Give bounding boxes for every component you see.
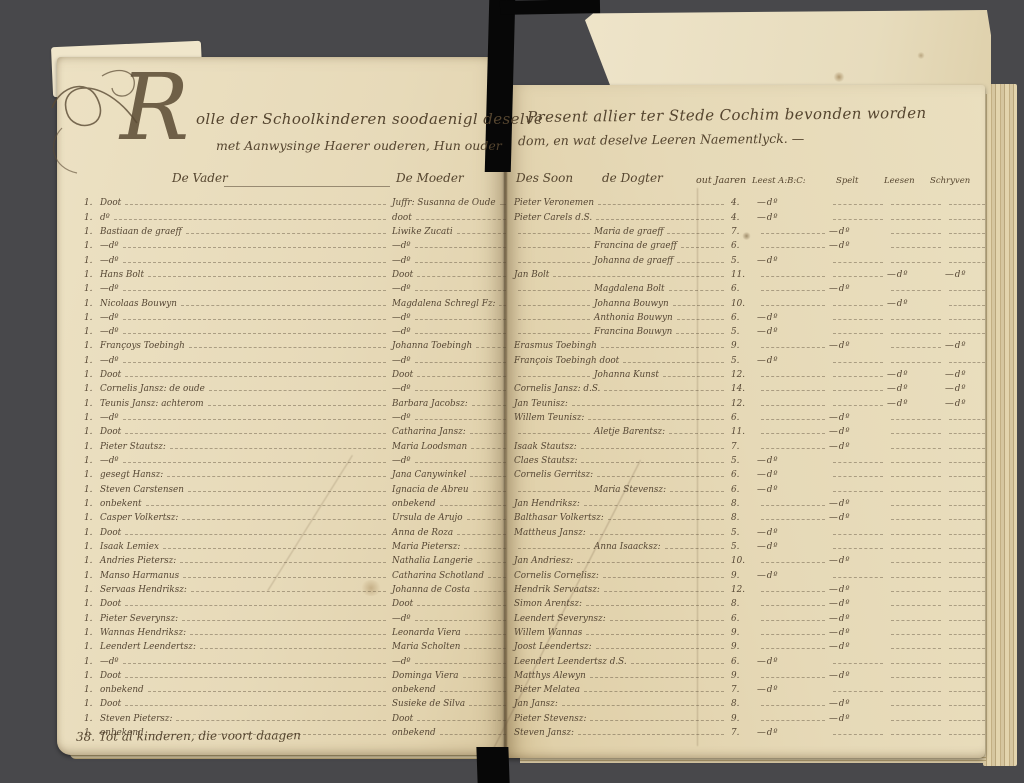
father-name: —dº [100, 456, 119, 466]
skill-cell [945, 204, 989, 208]
dotted-leader [949, 677, 985, 678]
ledger-row: 1.—dº—dºFrancina de graeff6.—dº [0, 238, 1024, 252]
skill-cell [829, 534, 887, 538]
father-section: 1.—dº [84, 256, 390, 266]
dotted-leader [518, 548, 590, 549]
row-count: 1. [84, 657, 100, 667]
skill-cell [945, 705, 989, 709]
skill-cell [757, 705, 829, 709]
child-section: Pieter Carels d.S. [514, 213, 728, 223]
dotted-leader [148, 691, 386, 692]
dotted-leader [181, 305, 386, 306]
skill-mark: —dº [829, 513, 851, 523]
row-count: 1. [84, 542, 100, 552]
mother-section: —dº [392, 313, 510, 323]
skill-cell: —dº [829, 427, 887, 437]
skill-mark: —dº [757, 313, 779, 323]
skill-cell: —dº [829, 628, 887, 638]
dotted-leader [588, 419, 724, 420]
child-name: Pieter Stevensz: [514, 714, 586, 724]
skill-cell [829, 663, 887, 667]
skill-mark: —dº [757, 470, 779, 480]
dotted-leader [833, 734, 883, 735]
mother-section: Jana Canywinkel [392, 470, 510, 480]
skill-mark: —dº [829, 671, 851, 681]
dotted-leader [761, 591, 825, 592]
mother-name: Leonarda Viera [392, 628, 461, 638]
skill-cell [945, 720, 989, 724]
mother-name: Catharina Jansz: [392, 427, 466, 437]
page-gap-bottom [476, 747, 509, 783]
back-sheet-flap [585, 10, 991, 94]
skill-cell: —dº [829, 499, 887, 509]
skill-cell [757, 605, 829, 609]
row-count: 1. [84, 356, 100, 366]
skill-cell: —dº [757, 198, 829, 208]
father-name: —dº [100, 313, 119, 323]
skill-mark: —dº [829, 628, 851, 638]
skill-mark: —dº [829, 442, 851, 452]
dotted-leader [415, 362, 506, 363]
child-name: Aletje Barentsz: [594, 427, 665, 437]
father-name: —dº [100, 657, 119, 667]
dotted-leader [586, 634, 724, 635]
child-section: Mattheus Jansz: [514, 528, 728, 538]
dotted-leader [891, 620, 941, 621]
row-count: 1. [84, 599, 100, 609]
dotted-leader [833, 390, 883, 391]
dotted-leader [891, 505, 941, 506]
mother-name: Doot [392, 599, 413, 609]
dotted-leader [415, 319, 506, 320]
dotted-leader [891, 491, 941, 492]
age-value: 10. [731, 556, 755, 566]
dotted-leader [590, 720, 724, 721]
child-section: Jan Bolt [514, 270, 728, 280]
age-value: 6. [731, 313, 755, 323]
dotted-leader [949, 433, 985, 434]
row-count: 1. [84, 485, 100, 495]
dotted-leader [597, 476, 724, 477]
dotted-leader [761, 433, 825, 434]
skill-cell: —dº [829, 585, 887, 595]
dotted-leader [186, 233, 386, 234]
dotted-leader [146, 505, 386, 506]
dotted-leader [518, 290, 590, 291]
skill-mark: —dº [887, 399, 909, 409]
child-name: Francina Bouwyn [594, 327, 672, 337]
dotted-leader [469, 705, 506, 706]
mother-section: Barbara Jacobsz: [392, 399, 510, 409]
dotted-leader [598, 204, 724, 205]
ledger-row: 1.—dº—dºJohanna de graeff5.—dº [0, 252, 1024, 266]
child-section: Maria de graeff [514, 227, 728, 237]
ledger-row: 1.DootSusieke de SilvaJan Jansz:8.—dº [0, 696, 1024, 710]
row-count: 1. [84, 413, 100, 423]
dotted-leader [891, 419, 941, 420]
father-section: 1.Wannas Hendriksz: [84, 628, 390, 638]
father-name: Steven Pietersz: [100, 714, 172, 724]
child-section: Johanna Bouwyn [514, 299, 728, 309]
dotted-leader [891, 462, 941, 463]
child-name: Maria Stevensz: [594, 485, 666, 495]
dotted-leader [663, 376, 724, 377]
child-name: Matthys Alewyn [514, 671, 586, 681]
dotted-leader [891, 534, 941, 535]
mother-section: Juffr: Susanna de Oude [392, 198, 510, 208]
skill-mark: —dº [829, 499, 851, 509]
dotted-leader [761, 705, 825, 706]
mother-section: Catharina Jansz: [392, 427, 510, 437]
skill-cell [757, 677, 829, 681]
skill-cell [757, 620, 829, 624]
skill-cell [887, 462, 945, 466]
child-section: Johanna de graeff [514, 256, 728, 266]
mother-section: Susieke de Silva [392, 699, 510, 709]
skill-mark: —dº [757, 198, 779, 208]
dotted-leader [949, 720, 985, 721]
dotted-leader [200, 648, 386, 649]
ledger-row: 1.DootCatharina Jansz:Aletje Barentsz:11… [0, 424, 1024, 438]
mother-name: Nathalia Langerie [392, 556, 473, 566]
dotted-leader [761, 233, 825, 234]
skill-cell [757, 634, 829, 638]
dotted-leader [949, 219, 985, 220]
dotted-leader [833, 262, 883, 263]
dotted-leader [415, 262, 506, 263]
row-count: 1. [84, 227, 100, 237]
skill-cell [887, 734, 945, 738]
dotted-leader [415, 462, 506, 463]
age-value: 6. [731, 470, 755, 480]
ledger-row: 1.DootDootJohanna Kunst12.—dº—dº [0, 367, 1024, 381]
mother-section: Doot [392, 714, 510, 724]
dotted-leader [891, 347, 941, 348]
skill-mark: —dº [829, 642, 851, 652]
row-count: 1. [84, 628, 100, 638]
dotted-leader [891, 634, 941, 635]
ledger-row: 1.Manso HarmanusCatharina SchotlandCorne… [0, 567, 1024, 581]
dotted-leader [891, 233, 941, 234]
dotted-leader [125, 605, 386, 606]
skill-mark: —dº [829, 714, 851, 724]
skill-cell [757, 591, 829, 595]
mother-name: Barbara Jacobsz: [392, 399, 468, 409]
child-name: Steven Jansz: [514, 728, 574, 738]
father-name: Hans Bolt [100, 270, 144, 280]
dotted-leader [833, 663, 883, 664]
father-section: 1.gesegt Hansz: [84, 470, 390, 480]
dotted-leader [499, 305, 506, 306]
ink-stain [917, 52, 925, 59]
skill-cell [945, 648, 989, 652]
column-header-skill-spell: Spelt [836, 176, 858, 186]
child-section: Matthys Alewyn [514, 671, 728, 681]
skill-cell [829, 362, 887, 366]
dotted-leader [123, 333, 386, 334]
skill-mark: —dº [829, 599, 851, 609]
child-section: Jan Jansz: [514, 699, 728, 709]
ledger-row: 1.onbekendonbekendPieter Melatea7.—dº [0, 682, 1024, 696]
skill-cell [945, 219, 989, 223]
ledger-row: 1.—dº—dºFrancina Bouwyn5.—dº [0, 324, 1024, 338]
skill-cell: —dº [829, 671, 887, 681]
row-count: 1. [84, 313, 100, 323]
dotted-leader [472, 405, 506, 406]
mother-name: doot [392, 213, 412, 223]
dotted-leader [949, 577, 985, 578]
child-section: Jan Andriesz: [514, 556, 728, 566]
skill-cell [829, 390, 887, 394]
skill-cell: —dº [757, 542, 829, 552]
child-section: Francina Bouwyn [514, 327, 728, 337]
dotted-leader [891, 720, 941, 721]
child-name: Willem Wannas [514, 628, 582, 638]
skill-cell [945, 305, 989, 309]
dotted-leader [463, 677, 506, 678]
ledger-row: 1.Françoys ToebinghJohanna ToebinghErasm… [0, 338, 1024, 352]
skill-cell: —dº [757, 327, 829, 337]
skill-mark: —dº [757, 256, 779, 266]
father-name: Doot [100, 599, 121, 609]
column-header-father: De Vader [172, 171, 228, 185]
dotted-leader [417, 605, 506, 606]
child-section: Maria Stevensz: [514, 485, 728, 495]
dotted-leader [891, 290, 941, 291]
skill-mark: —dº [757, 542, 779, 552]
skill-mark: —dº [757, 456, 779, 466]
skill-cell [757, 405, 829, 409]
dotted-leader [474, 591, 506, 592]
skill-mark: —dº [945, 384, 967, 394]
dotted-leader [949, 290, 985, 291]
skill-mark: —dº [945, 270, 967, 280]
child-section: Magdalena Bolt [514, 284, 728, 294]
dotted-leader [949, 591, 985, 592]
dotted-leader [891, 663, 941, 664]
skill-cell [829, 333, 887, 337]
ledger-row: 1.Cornelis Jansz: de oude—dºCornelis Jan… [0, 381, 1024, 395]
skill-cell [887, 591, 945, 595]
skill-cell [887, 548, 945, 552]
child-section: Cornelis Cornelisz: [514, 571, 728, 581]
dotted-leader [891, 448, 941, 449]
father-name: Bastiaan de graeff [100, 227, 182, 237]
skill-cell [887, 577, 945, 581]
dotted-leader [677, 319, 724, 320]
skill-cell: —dº [887, 384, 945, 394]
dotted-leader [891, 548, 941, 549]
skill-cell [945, 577, 989, 581]
father-section: 1.Doot [84, 528, 390, 538]
dotted-leader [125, 677, 386, 678]
ledger-row: 1.Hans BoltDootJan Bolt11.—dº—dº [0, 267, 1024, 281]
row-count: 1. [84, 213, 100, 223]
row-count: 1. [84, 427, 100, 437]
father-name: Pieter Stautsz: [100, 442, 166, 452]
father-section: 1.Pieter Stautsz: [84, 442, 390, 452]
row-count: 1. [84, 714, 100, 724]
father-name: dº [100, 213, 110, 223]
dotted-leader [891, 204, 941, 205]
ledger-row: 1.gesegt Hansz:Jana CanywinkelCornelis G… [0, 467, 1024, 481]
age-value: 9. [731, 341, 755, 351]
skill-cell: —dº [945, 341, 989, 351]
dotted-leader [167, 476, 386, 477]
skill-cell [887, 634, 945, 638]
mother-name: Ursula de Arujo [392, 513, 463, 523]
dotted-leader [891, 705, 941, 706]
mother-name: —dº [392, 284, 411, 294]
skill-cell [887, 290, 945, 294]
dotted-leader [949, 319, 985, 320]
father-section: 1.—dº [84, 327, 390, 337]
dotted-leader [891, 219, 941, 220]
dotted-leader [949, 247, 985, 248]
age-value: 8. [731, 513, 755, 523]
row-count: 1. [84, 571, 100, 581]
father-name: Wannas Hendriksz: [100, 628, 186, 638]
skill-cell [887, 448, 945, 452]
dotted-leader [188, 491, 386, 492]
dotted-leader [761, 720, 825, 721]
dotted-leader [891, 333, 941, 334]
dotted-leader [891, 562, 941, 563]
dotted-leader [415, 290, 506, 291]
child-name: Mattheus Jansz: [514, 528, 586, 538]
dotted-leader [833, 491, 883, 492]
ledger-row: 1.Pieter Severynsz:—dºLeendert Severynsz… [0, 610, 1024, 624]
child-name: Leendert Severynsz: [514, 614, 606, 624]
skill-cell [945, 605, 989, 609]
ledger-row: 1.Servaas Hendriksz:Johanna de CostaHend… [0, 582, 1024, 596]
child-name: Magdalena Bolt [594, 284, 665, 294]
row-count: 1. [84, 284, 100, 294]
dotted-leader [949, 233, 985, 234]
child-name: Hendrik Servaatsz: [514, 585, 600, 595]
skill-cell [945, 233, 989, 237]
mother-section: Johanna Toebingh [392, 341, 510, 351]
skill-cell [887, 677, 945, 681]
ledger-row: 1.Teunis Jansz: achteromBarbara Jacobsz:… [0, 395, 1024, 409]
dotted-leader [415, 663, 506, 664]
skill-mark: —dº [757, 685, 779, 695]
father-name: onbekend [100, 685, 144, 695]
mother-name: —dº [392, 327, 411, 337]
father-name: —dº [100, 284, 119, 294]
father-section: 1.Casper Volkertsz: [84, 513, 390, 523]
skill-cell [829, 262, 887, 266]
skill-cell [757, 247, 829, 251]
child-section: Aletje Barentsz: [514, 427, 728, 437]
mother-section: Ignacia de Abreu [392, 485, 510, 495]
father-name: Nicolaas Bouwyn [100, 299, 177, 309]
father-name: —dº [100, 327, 119, 337]
dotted-leader [833, 476, 883, 477]
dotted-leader [125, 376, 386, 377]
child-section: Balthasar Volkertsz: [514, 513, 728, 523]
skill-cell [757, 519, 829, 523]
skill-cell: —dº [829, 699, 887, 709]
dotted-leader [761, 648, 825, 649]
dotted-leader [891, 691, 941, 692]
skill-cell [887, 519, 945, 523]
dotted-leader [761, 290, 825, 291]
skill-cell [887, 419, 945, 423]
father-name: Isaak Lemiex [100, 542, 159, 552]
dotted-leader [182, 620, 386, 621]
skill-cell [945, 591, 989, 595]
father-section: 1.Doot [84, 427, 390, 437]
mother-section: —dº [392, 614, 510, 624]
dotted-leader [949, 691, 985, 692]
skill-cell [945, 290, 989, 294]
ledger-row: 1.—dº—dºAnthonia Bouwyn6.—dº [0, 310, 1024, 324]
mother-name: Ignacia de Abreu [392, 485, 469, 495]
age-value: 9. [731, 628, 755, 638]
skill-cell [887, 233, 945, 237]
ledger-row: 1.Pieter Stautsz:Maria LoodsmanIsaak Sta… [0, 438, 1024, 452]
skill-mark: —dº [945, 370, 967, 380]
skill-cell [829, 462, 887, 466]
dotted-leader [949, 734, 985, 735]
dotted-leader [833, 333, 883, 334]
child-section: Pieter Stevensz: [514, 714, 728, 724]
age-value: 9. [731, 714, 755, 724]
skill-cell [945, 491, 989, 495]
dotted-leader [415, 390, 506, 391]
row-count: 1. [84, 370, 100, 380]
child-section: Simon Arentsz: [514, 599, 728, 609]
row-count: 1. [84, 614, 100, 624]
ledger-row: 1.—dº—dºFrançois Toebingh doot5.—dº [0, 353, 1024, 367]
father-name: —dº [100, 241, 119, 251]
dotted-leader [471, 448, 506, 449]
dotted-leader [891, 648, 941, 649]
ink-stain [833, 72, 845, 82]
mother-name: —dº [392, 256, 411, 266]
dotted-leader [603, 577, 724, 578]
dotted-leader [761, 247, 825, 248]
skill-cell [887, 648, 945, 652]
skill-cell: —dº [757, 313, 829, 323]
child-section: Erasmus Toebingh [514, 341, 728, 351]
child-name: Claes Stautsz: [514, 456, 577, 466]
dotted-leader [669, 290, 724, 291]
child-section: Cornelis Jansz: d.S. [514, 384, 728, 394]
dotted-leader [578, 734, 724, 735]
skill-cell [945, 548, 989, 552]
dotted-leader [123, 462, 386, 463]
skill-cell [887, 204, 945, 208]
skill-cell [887, 663, 945, 667]
father-name: —dº [100, 256, 119, 266]
ledger-row: 1.Steven CarstensenIgnacia de AbreuMaria… [0, 481, 1024, 495]
mother-name: Dominga Viera [392, 671, 459, 681]
mother-name: —dº [392, 241, 411, 251]
age-value: 7. [731, 685, 755, 695]
column-header-son: Des Soon [516, 171, 573, 185]
dotted-leader [949, 505, 985, 506]
dotted-leader [465, 634, 506, 635]
ledger-row: 1.Andries Pietersz:Nathalia LangerieJan … [0, 553, 1024, 567]
father-section: 1.—dº [84, 313, 390, 323]
skill-cell: —dº [757, 657, 829, 667]
skill-cell: —dº [829, 442, 887, 452]
skill-cell [945, 362, 989, 366]
skill-cell [945, 691, 989, 695]
dotted-leader [669, 433, 724, 434]
